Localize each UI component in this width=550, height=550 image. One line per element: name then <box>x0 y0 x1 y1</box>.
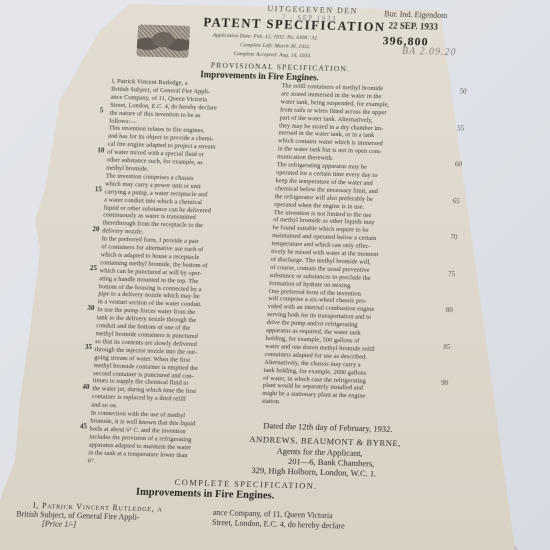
application-date: Application Date: Feb. 12, 1932. No. 430… <box>213 33 319 42</box>
agents-name: ANDREWS, BEAUMONT & BYRNE, <box>249 434 401 448</box>
line-number: 80 <box>446 306 453 314</box>
line-number: 85 <box>443 343 450 351</box>
line-number: 90 <box>441 379 448 387</box>
provisional-right-column: The refill containers of methyl bromidea… <box>261 83 453 412</box>
line-number: 75 <box>448 270 455 278</box>
complete-accepted-date: Complete Accepted: Aug. 14, 1933. <box>233 51 311 59</box>
provisional-left-column: I, Patrick Vincent Rutledge, aBritish Su… <box>88 78 282 470</box>
line-number: 65 <box>452 197 459 205</box>
complete-left-date: Complete Left: March 30, 1932. <box>240 42 311 50</box>
line-number: 35 <box>85 343 92 351</box>
line-number: 60 <box>455 160 462 168</box>
handwritten-reference: BA 2.09.20 <box>402 46 457 59</box>
line-number: 50 <box>459 87 466 95</box>
line-number: 20 <box>92 225 99 233</box>
line-number: 40 <box>82 383 89 391</box>
registry-date: 22 SEP. 1933 <box>388 20 438 31</box>
price: [Price 1/-] <box>42 519 77 529</box>
right-line-numbers: 505560657075808590 <box>55 0 475 6</box>
line-number: 55 <box>457 124 464 132</box>
dated-line: Dated the 12th day of February, 1932. <box>263 420 393 434</box>
royal-coat-of-arms-icon <box>136 24 190 57</box>
line-number: 30 <box>87 304 94 312</box>
line-number: 15 <box>95 185 102 193</box>
line-number: 5 <box>100 106 104 114</box>
patent-document: UITGEGEVEN DEN 7 - SEP 1933 PATENT SPECI… <box>21 0 475 550</box>
line-number: 45 <box>80 422 87 430</box>
line-number: 25 <box>90 264 97 272</box>
registry-label: Bur. Ind. Eigendom <box>384 9 448 20</box>
line-number: 10 <box>97 146 104 154</box>
agents-address-2: 329, High Holborn, London, W.C. 1. <box>251 465 376 478</box>
line-number: 70 <box>450 233 457 241</box>
left-line-numbers: 51015202530354045 <box>55 0 475 6</box>
